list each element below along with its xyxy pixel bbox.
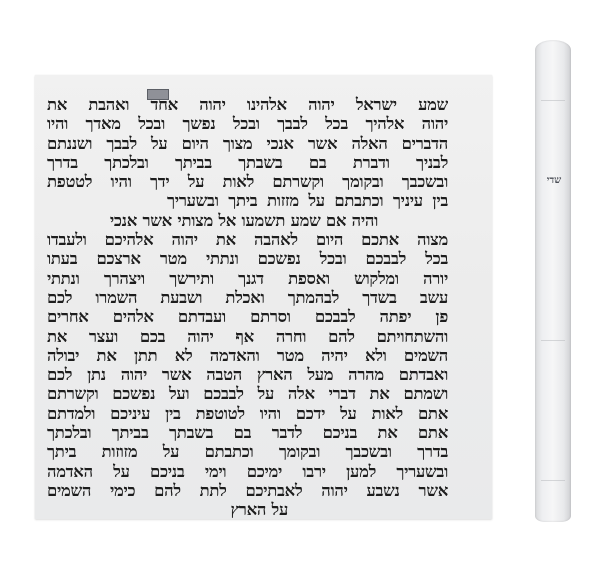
text-line: בדרך ובשכבך ובקומך וכתבתם על מזוזות ביתך [47,442,448,461]
text-line: ובשכבך ובקומך וקשרתם לאות על ידך והיו לט… [47,172,448,191]
text-line: אתם את בניכם לדבר בם בשבתך בביתך ובלכתך [47,423,448,442]
text-line: יהוה אלהיך בכל לבבך ובכל נפשך ובכל מאדך … [47,114,448,133]
text-line: אתם לאות על ידכם והיו לטוטפת בין עיניכם … [47,404,448,423]
text-line: ושמתם את דברי אלה על לבבכם ועל נפשכם וקש… [47,384,448,403]
text-line: ואבדתם מהרה מעל הארץ הטבה אשר יהוה נתן ל… [47,365,448,384]
text-line: בכל לבבכם ובכל נפשכם ונתתי מטר ארצכם בעת… [47,249,448,268]
text-line: פן יפתה לבבכם וסרתם ועבדתם אלהים אחרים [47,307,448,326]
text-line: בין עיניך וכתבתם על מזזות ביתך ובשעריך [47,191,448,210]
text-line: על הארץ [47,500,448,519]
shaddai-label: שדי [538,175,570,186]
text-line: ובשעריך למען ירבו ימיכם וימי בניכם על הא… [47,462,448,481]
text-line: אשר נשבע יהוה לאבתיכם לתת להם כימי השמים [47,481,448,500]
text-line: והיה אם שמע תשמעו אל מצותי אשר אנכי [47,211,448,230]
mezuzah-parchment: שמע ישראל יהוה אלהינו יהוה אחד ואהבת את … [35,75,492,519]
text-line: שמע ישראל יהוה אלהינו יהוה אחד ואהבת את [47,95,448,114]
text-line: הדברים האלה אשר אנכי מצוך היום על לבבך ו… [47,134,448,153]
rolled-scroll: שדי [535,40,571,522]
text-line: לבניך ודברת בם בשבתך בביתך ובלכתך בדרך [47,153,448,172]
text-line: מצוה אתכם היום לאהבה את יהוה אלהיכם ולעב… [47,230,448,249]
text-line: והשתחויתם להם וחרה אף יהוה בכם ועצר את [47,327,448,346]
scroll-seam [541,340,565,341]
text-line: יורה ומלקוש ואספת דגנך ותירשך ויצהרך ונת… [47,269,448,288]
scroll-seam [541,100,565,101]
parchment-text: שמע ישראל יהוה אלהינו יהוה אחד ואהבת את … [47,95,448,520]
scroll-seam [541,480,565,481]
text-line: עשב בשדך לבהמתך ואכלת ושבעת השמרו לכם [47,288,448,307]
text-line: השמים ולא יהיה מטר והאדמה לא תתן את יבול… [47,346,448,365]
